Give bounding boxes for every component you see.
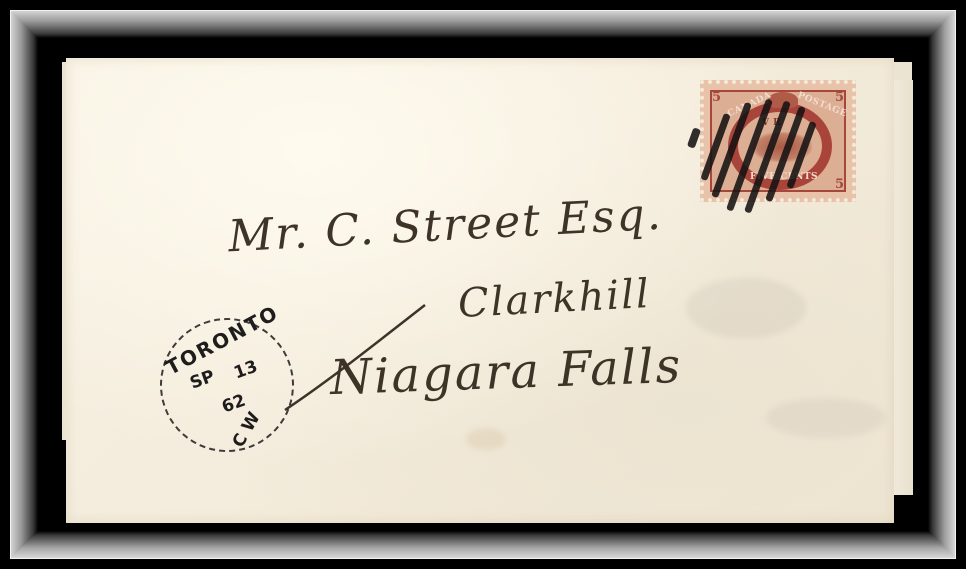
paper-smudge	[766, 398, 886, 438]
frame-bevel-right	[928, 10, 956, 559]
handwriting-flourish	[280, 300, 430, 420]
stamp-corner-numeral: 5	[712, 90, 721, 105]
frame-bevel-bottom	[10, 531, 956, 559]
paper-smudge	[686, 278, 806, 338]
frame-bevel-top	[10, 10, 956, 38]
frame-bevel-left	[10, 10, 38, 559]
envelope-fold-edge	[893, 80, 913, 495]
stamp-corner-numeral: 5	[835, 177, 844, 192]
paper-stain	[466, 428, 506, 450]
stamp-corner-numeral: 5	[835, 90, 844, 105]
